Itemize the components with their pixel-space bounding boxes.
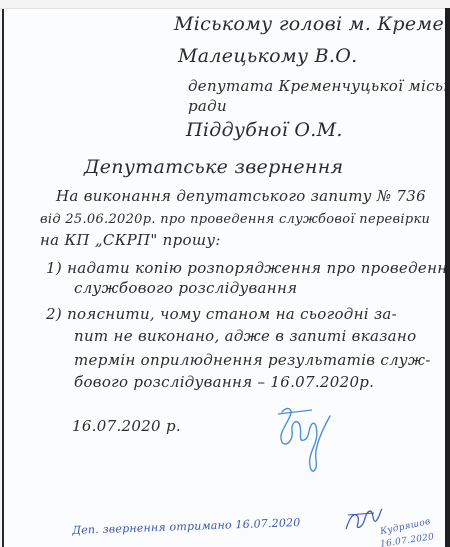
body-line-2: від 25.06.2020р. про проведення службово… xyxy=(40,213,430,226)
body-line-3: на КП „СКРП" прошу: xyxy=(40,233,221,248)
sender-line-3: Піддубної О.М. xyxy=(186,121,343,140)
request-2-line-4: бового розслідування – 16.07.2020р. xyxy=(74,375,374,390)
document-viewer: Міському голові м. Кременчука Малецькому… xyxy=(0,0,450,547)
request-2-line-1: 2) пояснити, чому станом на сьогодні за- xyxy=(46,307,397,322)
document-date: 16.07.2020 р. xyxy=(72,419,181,434)
scanned-page: Міському голові м. Кременчука Малецькому… xyxy=(2,9,445,547)
addressee-line-1: Міському голові м. Кременчука xyxy=(174,15,445,34)
viewer-top-strip xyxy=(0,0,450,9)
sender-line-1: депутата Кременчуцької міської xyxy=(188,79,445,94)
request-1-line-2: службового розслідування xyxy=(74,281,297,296)
sender-line-2: ради xyxy=(188,99,227,114)
document-title: Депутатське звернення xyxy=(84,158,343,177)
request-2-line-3: термін оприлюднення результатів служ- xyxy=(74,353,431,368)
request-2-line-2: пит не виконано, адже в запиті вказано xyxy=(74,329,416,344)
signature-icon xyxy=(272,404,352,484)
body-line-1: На виконання депутатського запиту № 736 xyxy=(56,189,426,204)
addressee-line-2: Малецькому В.О. xyxy=(178,47,357,66)
receipt-signature-icon xyxy=(344,507,384,535)
receipt-note: Деп. звернення отримано 16.07.2020 xyxy=(72,517,301,536)
request-1-line-1: 1) надати копію розпорядження про провед… xyxy=(46,261,445,276)
viewer-right-edge xyxy=(445,8,450,547)
